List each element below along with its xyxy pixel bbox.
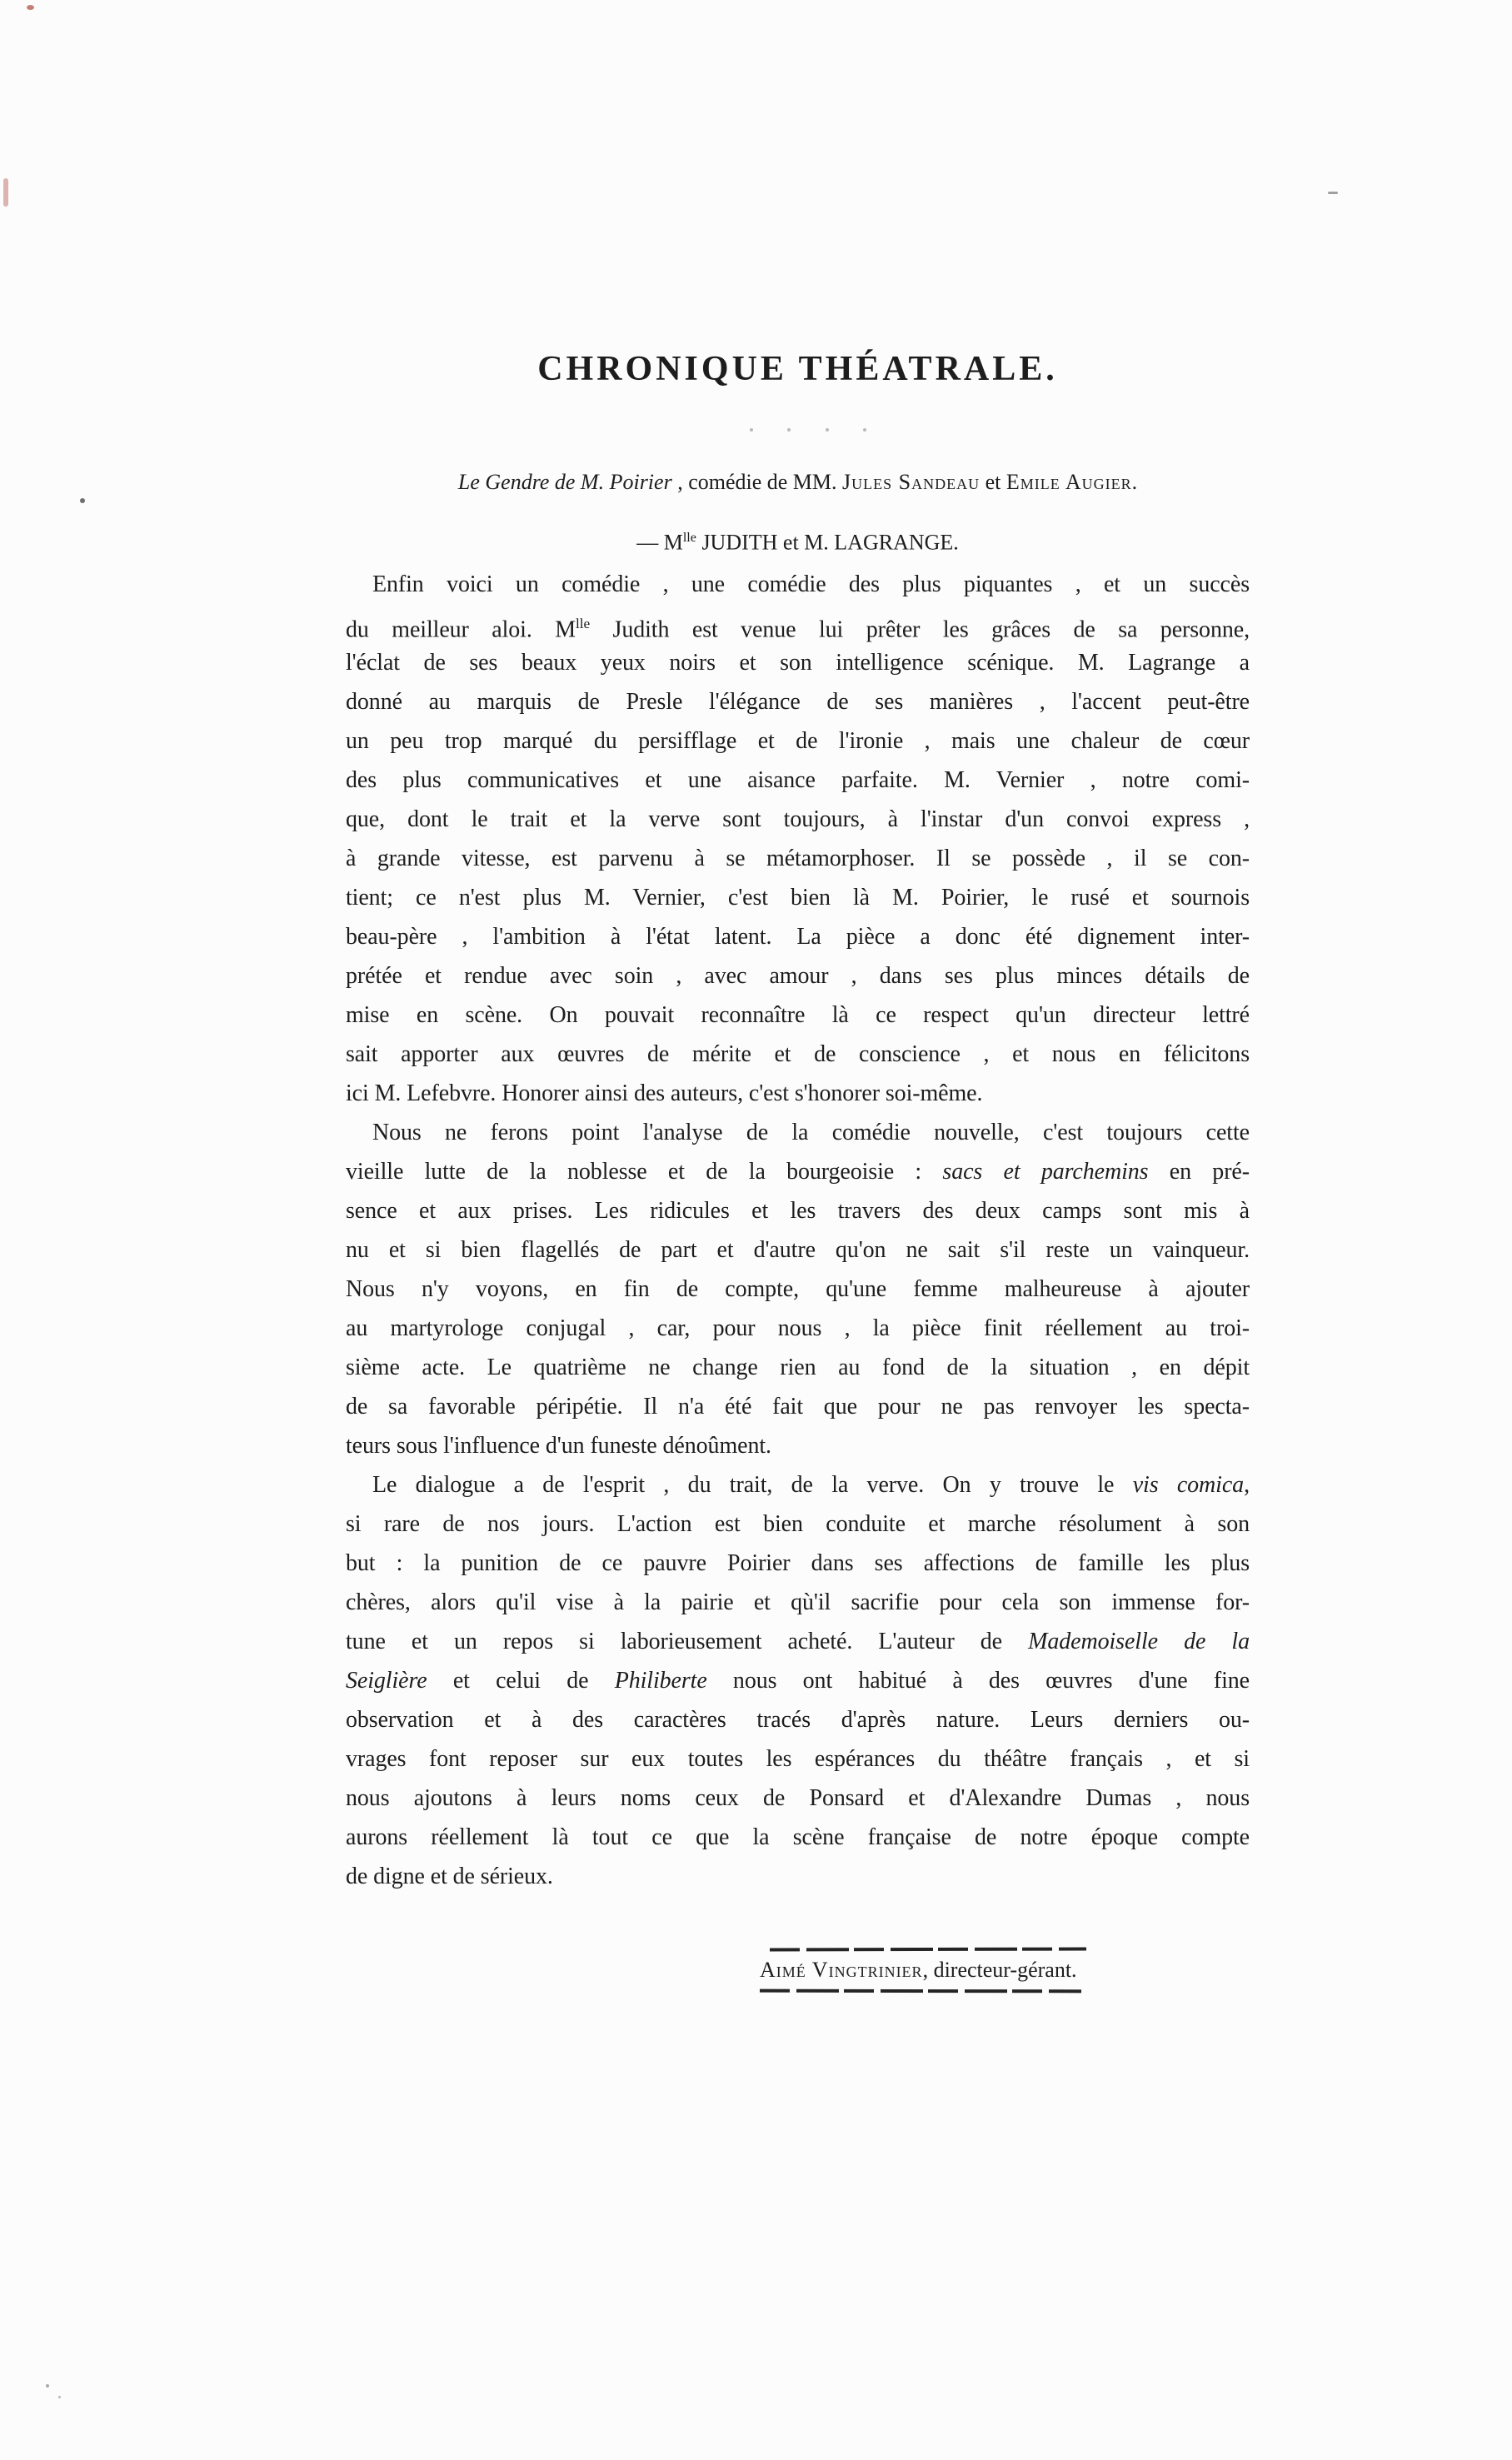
paragraph: Enfin voici un comédie , une comédie des… — [346, 565, 1250, 1113]
text-line: si rare de nos jours. L'action est bien … — [346, 1504, 1250, 1544]
text-run: en pré- — [1148, 1159, 1250, 1185]
text-run: du meilleur aloi. M — [346, 616, 576, 642]
text-run: nu et si bien flagellés de part et d'aut… — [346, 1237, 1250, 1263]
text-run: et celui de — [427, 1668, 615, 1694]
noise-speck — [3, 178, 8, 207]
text-run: teurs sous l'influence d'un funeste déno… — [346, 1433, 771, 1459]
text-run: tune et un repos si laborieusement achet… — [346, 1629, 1028, 1654]
article-title: CHRONIQUE THÉATRALE. — [346, 348, 1250, 390]
text-line: ici M. Lefebvre. Honorer ainsi des auteu… — [346, 1074, 1250, 1113]
faded-ornament-dots — [750, 428, 866, 432]
text-run: , directeur-gérant. — [923, 1958, 1077, 1982]
text-run: Le dialogue a de l'esprit , du trait, de… — [372, 1472, 1133, 1498]
text-line: sait apporter aux œuvres de mérite et de… — [346, 1035, 1250, 1074]
text-run: au martyrologe conjugal , car, pour nous… — [346, 1315, 1250, 1341]
signature-line: Aimé Vingtrinier, directeur-gérant. — [756, 1951, 1145, 1989]
text-run: nous ajoutons à leurs noms ceux de Ponsa… — [346, 1785, 1250, 1811]
noise-speck — [80, 498, 85, 503]
text-line: tune et un repos si laborieusement achet… — [346, 1622, 1250, 1661]
text-run: lle — [683, 531, 696, 545]
text-run: des plus communicatives et une aisance p… — [346, 767, 1250, 793]
text-run: mise en scène. On pouvait reconnaître là… — [346, 1002, 1250, 1028]
text-run: donné au marquis de Presle l'élégance de… — [346, 689, 1250, 715]
text-run: vis comica — [1133, 1472, 1244, 1498]
article-body: Enfin voici un comédie , une comédie des… — [346, 565, 1250, 1896]
text-line: aurons réellement là tout ce que la scèn… — [346, 1818, 1250, 1857]
text-line: Le dialogue a de l'esprit , du trait, de… — [346, 1465, 1250, 1504]
text-line: prétée et rendue avec soin , avec amour … — [346, 956, 1250, 995]
text-run: — M — [636, 531, 683, 555]
text-run: Emile Augier — [1006, 470, 1132, 494]
text-line: de digne et de sérieux. — [346, 1857, 1250, 1896]
text-run: JUDITH et M. LAGRANGE. — [696, 531, 959, 555]
text-run: Philiberte — [615, 1668, 707, 1694]
text-run: but : la punition de ce pauvre Poirier d… — [346, 1550, 1250, 1576]
paragraph: Nous ne ferons point l'analyse de la com… — [346, 1113, 1250, 1465]
text-run: tient; ce n'est plus M. Vernier, c'est b… — [346, 885, 1250, 911]
text-run: et — [980, 470, 1006, 494]
text-run: ici M. Lefebvre. Honorer ainsi des auteu… — [346, 1080, 982, 1106]
text-run: Seiglière — [346, 1668, 427, 1694]
text-line: au martyrologe conjugal , car, pour nous… — [346, 1309, 1250, 1348]
text-run: lle — [576, 616, 590, 631]
text-line: sence et aux prises. Les ridicules et le… — [346, 1191, 1250, 1230]
text-run: , comédie de MM. — [672, 470, 842, 494]
text-line: vieille lutte de la noblesse et de la bo… — [346, 1152, 1250, 1191]
text-run: un peu trop marqué du persifflage et de … — [346, 728, 1250, 754]
text-run: sième acte. Le quatrième ne change rien … — [346, 1355, 1250, 1380]
text-run: chères, alors qu'il vise à la pairie et … — [346, 1589, 1250, 1615]
text-line: du meilleur aloi. Mlle Judith est venue … — [346, 604, 1250, 643]
byline: Le Gendre de M. Poirier , comédie de MM.… — [346, 454, 1250, 571]
text-run: , — [1244, 1472, 1250, 1498]
text-run: sence et aux prises. Les ridicules et le… — [346, 1198, 1250, 1224]
text-run: Jules Sandeau — [842, 470, 980, 494]
text-run: à grande vitesse, est parvenu à se métam… — [346, 846, 1250, 871]
text-line: vrages font reposer sur eux toutes les e… — [346, 1739, 1250, 1779]
text-run: nous ont habitué à des œuvres d'une fine — [707, 1668, 1250, 1694]
noise-speck — [27, 5, 34, 10]
text-line: Nous n'y voyons, en fin de compte, qu'un… — [346, 1270, 1250, 1309]
text-run: vrages font reposer sur eux toutes les e… — [346, 1746, 1250, 1772]
text-line: sième acte. Le quatrième ne change rien … — [346, 1348, 1250, 1387]
text-line: observation et à des caractères tracés d… — [346, 1700, 1250, 1739]
text-run: Nous n'y voyons, en fin de compte, qu'un… — [346, 1276, 1250, 1302]
text-run: Enfin voici un comédie , une comédie des… — [372, 571, 1250, 597]
text-run: sait apporter aux œuvres de mérite et de… — [346, 1041, 1250, 1067]
text-line: l'éclat de ses beaux yeux noirs et son i… — [346, 643, 1250, 682]
text-line: chères, alors qu'il vise à la pairie et … — [346, 1583, 1250, 1622]
text-run: Nous ne ferons point l'analyse de la com… — [372, 1120, 1250, 1145]
text-run: aurons réellement là tout ce que la scèn… — [346, 1824, 1250, 1850]
text-run: vieille lutte de la noblesse et de la bo… — [346, 1159, 942, 1185]
text-line: que, dont le trait et la verve sont touj… — [346, 800, 1250, 839]
text-line: des plus communicatives et une aisance p… — [346, 761, 1250, 800]
text-line: Enfin voici un comédie , une comédie des… — [346, 565, 1250, 604]
text-line: teurs sous l'influence d'un funeste déno… — [346, 1426, 1250, 1465]
text-line: but : la punition de ce pauvre Poirier d… — [346, 1544, 1250, 1583]
text-line: Seiglière et celui de Philiberte nous on… — [346, 1661, 1250, 1700]
text-line: donné au marquis de Presle l'élégance de… — [346, 682, 1250, 721]
text-run: Mademoiselle de la — [1028, 1629, 1250, 1654]
text-line: Nous ne ferons point l'analyse de la com… — [346, 1113, 1250, 1152]
byline-line-1: Le Gendre de M. Poirier , comédie de MM.… — [346, 454, 1250, 510]
text-run: sacs et parchemins — [942, 1159, 1148, 1185]
text-line: de sa favorable péripétie. Il n'a été fa… — [346, 1387, 1250, 1426]
text-run: prétée et rendue avec soin , avec amour … — [346, 963, 1250, 989]
text-run: que, dont le trait et la verve sont touj… — [346, 806, 1250, 832]
paragraph: Le dialogue a de l'esprit , du trait, de… — [346, 1465, 1250, 1896]
text-run: Aimé Vingtrinier — [760, 1958, 923, 1982]
scanned-document-page: CHRONIQUE THÉATRALE. Le Gendre de M. Poi… — [0, 0, 1512, 2460]
text-line: un peu trop marqué du persifflage et de … — [346, 721, 1250, 761]
noise-speck — [1328, 192, 1338, 194]
text-line: tient; ce n'est plus M. Vernier, c'est b… — [346, 878, 1250, 917]
text-run: de digne et de sérieux. — [346, 1864, 553, 1889]
signature-block: Aimé Vingtrinier, directeur-gérant. — [756, 1948, 1145, 1993]
text-run: l'éclat de ses beaux yeux noirs et son i… — [346, 650, 1250, 676]
text-line: nous ajoutons à leurs noms ceux de Ponsa… — [346, 1779, 1250, 1818]
signature-rule-bottom — [760, 1989, 1081, 1993]
text-run: . — [1132, 470, 1138, 494]
text-run: Le Gendre de M. Poirier — [458, 470, 672, 494]
text-line: beau-père , l'ambition à l'état latent. … — [346, 917, 1250, 956]
text-line: nu et si bien flagellés de part et d'aut… — [346, 1230, 1250, 1270]
byline-line-2: — Mlle JUDITH et M. LAGRANGE. — [346, 510, 1250, 571]
text-run: beau-père , l'ambition à l'état latent. … — [346, 924, 1250, 950]
text-run: de sa favorable péripétie. Il n'a été fa… — [346, 1394, 1250, 1420]
text-line: mise en scène. On pouvait reconnaître là… — [346, 995, 1250, 1035]
text-run: Judith est venue lui prêter les grâces d… — [590, 616, 1250, 642]
text-run: si rare de nos jours. L'action est bien … — [346, 1511, 1250, 1537]
noise-speck — [58, 2396, 61, 2398]
text-line: à grande vitesse, est parvenu à se métam… — [346, 839, 1250, 878]
noise-speck — [46, 2384, 49, 2388]
text-run: observation et à des caractères tracés d… — [346, 1707, 1250, 1733]
